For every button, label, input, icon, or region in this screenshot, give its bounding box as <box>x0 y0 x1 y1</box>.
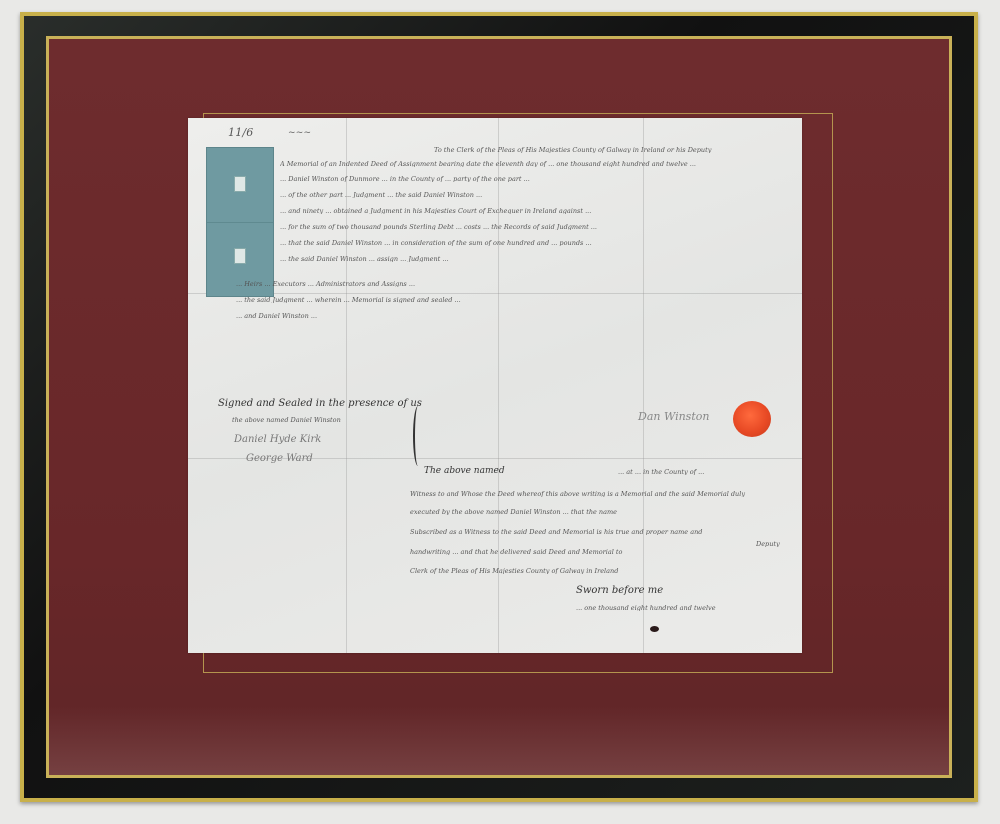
corner-note: 11/6 <box>228 126 254 139</box>
document-heading: To the Clerk of the Pleas of His Majesti… <box>434 146 764 153</box>
grantor-signature: Dan Winston <box>638 410 709 423</box>
witness-name: George Ward <box>246 453 313 464</box>
affidavit-line: Subscribed as a Witness to the said Deed… <box>410 528 770 535</box>
affidavit-line: Clerk of the Pleas of His Majesties Coun… <box>410 567 710 574</box>
sworn-line: ... one thousand eight hundred and twelv… <box>576 604 736 611</box>
sworn-before: Sworn before me <box>576 585 663 596</box>
body-line: ... and Daniel Winston ... <box>236 312 788 319</box>
top-mark: ~~~ <box>288 128 311 138</box>
body-line: A Memorial of an Indented Deed of Assign… <box>280 160 788 167</box>
witness-sublabel: the above named Daniel Winston <box>232 416 382 423</box>
body-line: ... Daniel Winston of Dunmore ... in the… <box>280 175 788 182</box>
embossed-seal-icon <box>234 248 246 264</box>
ink-blot <box>650 626 659 632</box>
body-line: ... Heirs ... Executors ... Administrato… <box>236 280 788 287</box>
stamp-upper <box>207 148 273 223</box>
affidavit-line: executed by the above named Daniel Winst… <box>410 508 788 515</box>
body-line: ... that the said Daniel Winston ... in … <box>280 239 788 246</box>
affidavit-deputy: Deputy <box>756 540 796 547</box>
fold-crease <box>346 118 347 653</box>
document-paper: 11/6 ~~~ To the Clerk of the Pleas of Hi… <box>188 118 802 653</box>
body-line: ... the said Daniel Winston ... assign .… <box>280 255 788 262</box>
body-line: ... for the sum of two thousand pounds S… <box>280 223 788 230</box>
fold-crease <box>188 293 802 294</box>
revenue-stamp <box>206 147 274 297</box>
red-wax-seal <box>733 401 771 437</box>
affidavit-right-note: ... at ... in the County of ... <box>618 468 788 475</box>
body-line: ... and ninety ... obtained a Judgment i… <box>280 207 788 214</box>
embossed-seal-icon <box>234 176 246 192</box>
witness-label: Signed and Sealed in the presence of us <box>218 398 422 409</box>
witness-name: Daniel Hyde Kirk <box>234 434 321 445</box>
affidavit-line: Witness to and Whose the Deed whereof th… <box>410 490 788 497</box>
affidavit-line: handwriting ... and that he delivered sa… <box>410 548 710 555</box>
body-line: ... the said Judgment ... wherein ... Me… <box>236 296 788 303</box>
signature-bracket <box>413 406 423 466</box>
affidavit-intro: The above named <box>424 466 505 476</box>
body-line: ... of the other part ... Judgment ... t… <box>280 191 788 198</box>
